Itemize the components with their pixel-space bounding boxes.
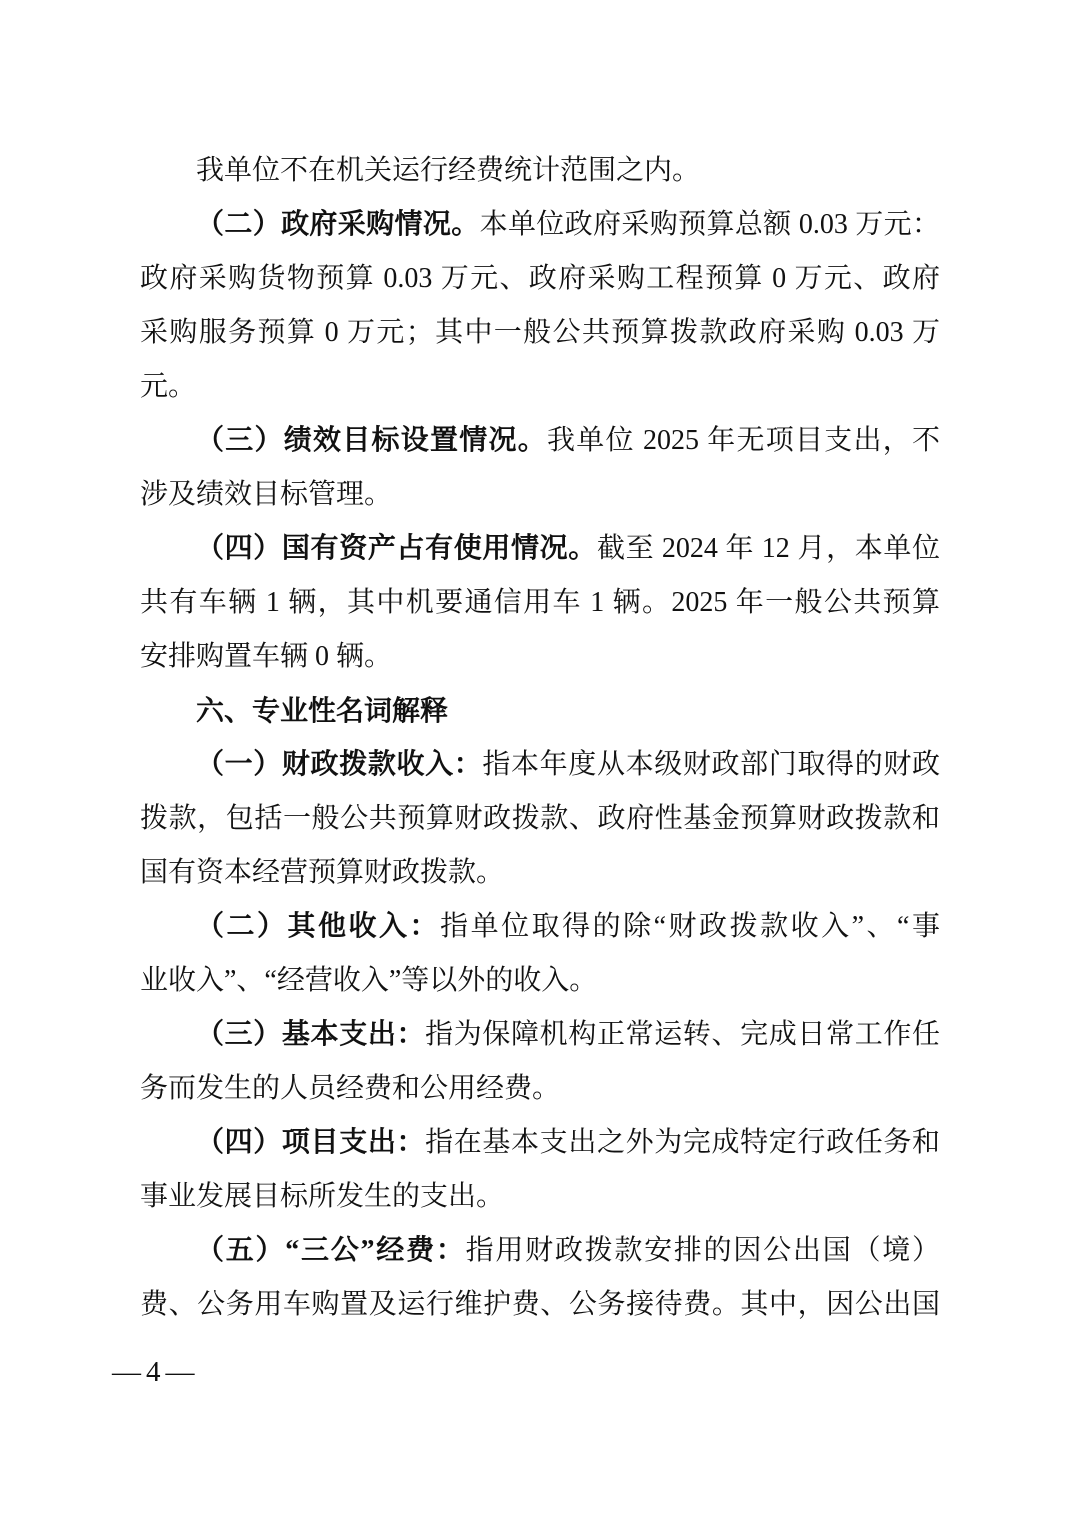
section-heading: 六、专业性名词解释 [140,684,940,738]
paragraph-label: （一）财政拨款收入： [196,749,482,780]
paragraph-line: 国有资本经营预算财政拨款。 [140,846,940,900]
paragraph-line: （二）其他收入：指单位取得的除“财政拨款收入”、“事 [140,900,940,954]
paragraph-text: 指在基本支出之外为完成特定行政任务和 [425,1127,940,1158]
paragraph-line: 涉及绩效目标管理。 [140,468,940,522]
paragraph-text: 指本年度从本级财政部门取得的财政 [482,749,940,780]
paragraph-label: （五）“三公”经费： [196,1235,466,1266]
paragraph-line: （二）政府采购情况。本单位政府采购预算总额 0.03 万元： [140,198,940,252]
paragraph-text: 本单位政府采购预算总额 0.03 万元： [480,209,940,240]
page-number: —4— [112,1352,200,1392]
paragraph-text: 指为保障机构正常运转、完成日常工作任 [425,1019,940,1050]
text-paragraph: 我单位不在机关运行经费统计范围之内。 [140,144,940,198]
paragraph-text: 指单位取得的除“财政拨款收入”、“事 [440,911,940,942]
paragraph-line: （一）财政拨款收入：指本年度从本级财政部门取得的财政 [140,738,940,792]
paragraph-label: （四）项目支出： [196,1127,425,1158]
paragraph-line: （四）国有资产占有使用情况。截至 2024 年 12 月，本单位 [140,522,940,576]
paragraph-label: （二）其他收入： [196,911,440,942]
text-paragraph: （五）“三公”经费：指用财政拨款安排的因公出国（境） 费、公务用车购置及运行维护… [140,1224,940,1332]
paragraph-line: 我单位不在机关运行经费统计范围之内。 [140,144,940,198]
paragraph-line: 安排购置车辆 0 辆。 [140,630,940,684]
paragraph-line: 拨款，包括一般公共预算财政拨款、政府性基金预算财政拨款和 [140,792,940,846]
paragraph-text: 截至 2024 年 12 月，本单位 [597,533,940,564]
paragraph-line: 元。 [140,360,940,414]
paragraph-text: 指用财政拨款安排的因公出国（境） [466,1235,940,1266]
text-paragraph: （二）其他收入：指单位取得的除“财政拨款收入”、“事 业收入”、“经营收入”等以… [140,900,940,1008]
text-paragraph: （四）项目支出：指在基本支出之外为完成特定行政任务和 事业发展目标所发生的支出。 [140,1116,940,1224]
document-page: 我单位不在机关运行经费统计范围之内。 （二）政府采购情况。本单位政府采购预算总额… [0,0,1074,1520]
paragraph-line: 务而发生的人员经费和公用经费。 [140,1062,940,1116]
paragraph-line: 费、公务用车购置及运行维护费、公务接待费。其中，因公出国 [140,1278,940,1332]
text-paragraph: （一）财政拨款收入：指本年度从本级财政部门取得的财政 拨款，包括一般公共预算财政… [140,738,940,900]
paragraph-line: 采购服务预算 0 万元；其中一般公共预算拨款政府采购 0.03 万 [140,306,940,360]
text-paragraph: （三）绩效目标设置情况。我单位 2025 年无项目支出，不 涉及绩效目标管理。 [140,414,940,522]
text-paragraph: （二）政府采购情况。本单位政府采购预算总额 0.03 万元： 政府采购货物预算 … [140,198,940,414]
paragraph-line: 事业发展目标所发生的支出。 [140,1170,940,1224]
paragraph-line: （三）绩效目标设置情况。我单位 2025 年无项目支出，不 [140,414,940,468]
text-paragraph: （三）基本支出：指为保障机构正常运转、完成日常工作任 务而发生的人员经费和公用经… [140,1008,940,1116]
text-paragraph: （四）国有资产占有使用情况。截至 2024 年 12 月，本单位 共有车辆 1 … [140,522,940,684]
paragraph-line: （三）基本支出：指为保障机构正常运转、完成日常工作任 [140,1008,940,1062]
document-content: 我单位不在机关运行经费统计范围之内。 （二）政府采购情况。本单位政府采购预算总额… [140,144,940,1332]
paragraph-line: （四）项目支出：指在基本支出之外为完成特定行政任务和 [140,1116,940,1170]
paragraph-label: （三）绩效目标设置情况。 [196,425,547,456]
paragraph-text: 我单位 2025 年无项目支出，不 [547,425,940,456]
paragraph-label: （二）政府采购情况。 [196,209,480,240]
paragraph-line: 共有车辆 1 辆，其中机要通信用车 1 辆。2025 年一般公共预算 [140,576,940,630]
paragraph-text: 我单位不在机关运行经费统计范围之内。 [196,155,700,186]
paragraph-label: （三）基本支出： [196,1019,425,1050]
paragraph-line: 业收入”、“经营收入”等以外的收入。 [140,954,940,1008]
paragraph-label: （四）国有资产占有使用情况。 [196,533,597,564]
paragraph-line: （五）“三公”经费：指用财政拨款安排的因公出国（境） [140,1224,940,1278]
paragraph-line: 政府采购货物预算 0.03 万元、政府采购工程预算 0 万元、政府 [140,252,940,306]
